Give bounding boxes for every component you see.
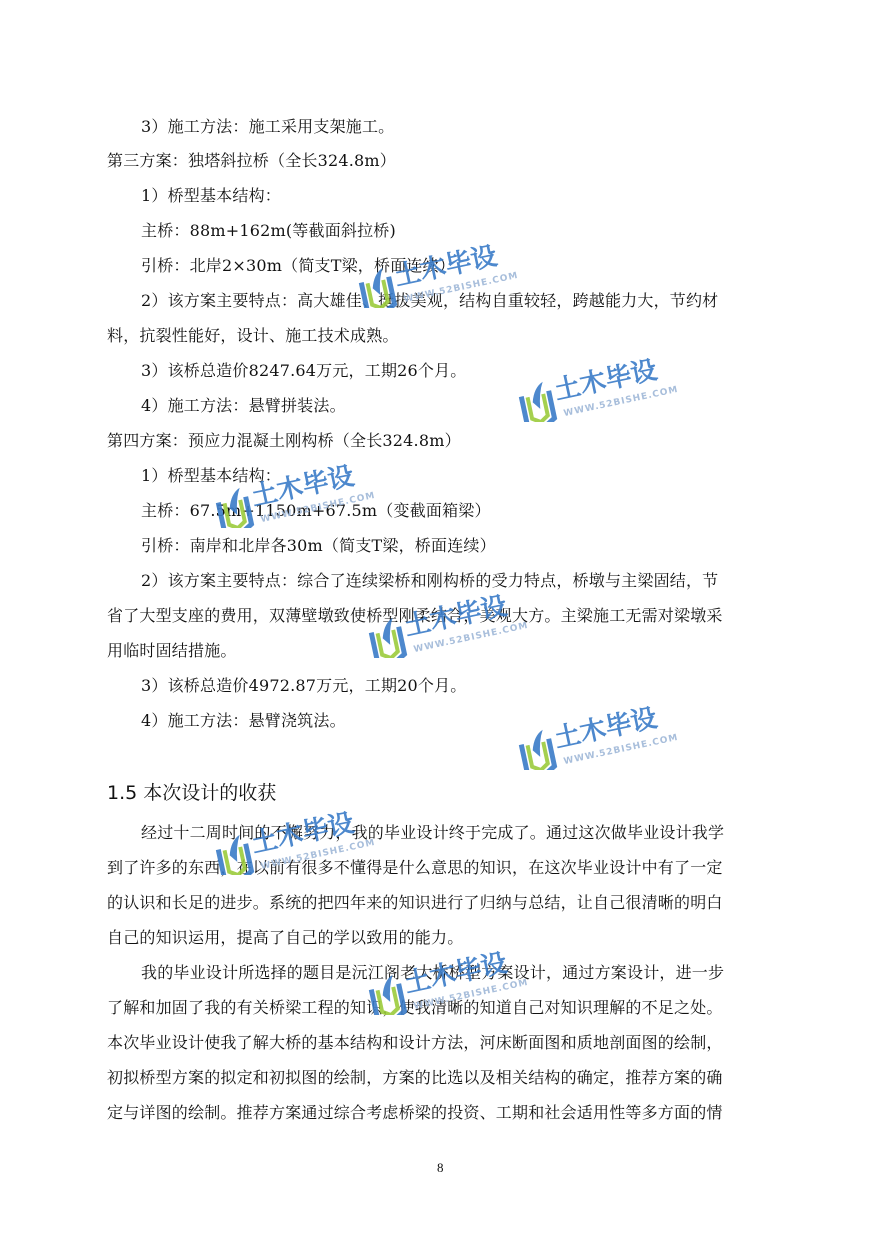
text-line: 4）施工方法：悬臂浇筑法。 <box>141 711 813 731</box>
text-line: 主桥：88m+162m(等截面斜拉桥) <box>141 221 813 241</box>
text-line: 第三方案：独塔斜拉桥（全长324.8m） <box>107 151 779 171</box>
text-line: 的认识和长足的进步。系统的把四年来的知识进行了归纳与总结，让自己很清晰的明白 <box>107 893 779 913</box>
document-page: 3）施工方法：施工采用支架施工。第三方案：独塔斜拉桥（全长324.8m）1）桥型… <box>0 0 886 1253</box>
text-line: 主桥：67.5m+1150m+67.5m（变截面箱梁） <box>141 501 813 521</box>
text-line: 用临时固结措施。 <box>107 641 779 661</box>
text-line: 初拟桥型方案的拟定和初拟图的绘制，方案的比选以及相关结构的确定，推荐方案的确 <box>107 1068 779 1088</box>
text-line: 引桥：北岸2×30m（简支T梁，桥面连续） <box>141 256 813 276</box>
text-line: 料，抗裂性能好，设计、施工技术成熟。 <box>107 326 779 346</box>
text-line: 第四方案：预应力混凝土刚构桥（全长324.8m） <box>107 431 779 451</box>
text-line: 2）该方案主要特点：综合了连续梁桥和刚构桥的受力特点，桥墩与主梁固结，节 <box>141 571 813 591</box>
text-line: 引桥：南岸和北岸各30m（简支T梁，桥面连续） <box>141 536 813 556</box>
text-line: 1）桥型基本结构： <box>141 466 813 486</box>
svg-text:WWW.52BISHE.COM: WWW.52BISHE.COM <box>563 733 680 767</box>
section-heading: 1.5 本次设计的收获 <box>107 781 276 805</box>
text-line: 本次毕业设计使我了解大桥的基本结构和设计方法，河床断面图和质地剖面图的绘制， <box>107 1033 779 1053</box>
page-number: 8 <box>437 1160 444 1176</box>
text-line: 自己的知识运用，提高了自己的学以致用的能力。 <box>107 928 779 948</box>
text-line: 到了许多的东西，在以前有很多不懂得是什么意思的知识，在这次毕业设计中有了一定 <box>107 858 779 878</box>
text-line: 我的毕业设计所选择的题目是沅江阁老大桥桥型方案设计，通过方案设计，进一步 <box>141 963 813 983</box>
text-line: 经过十二周时间的不懈努力，我的毕业设计终于完成了。通过这次做毕业设计我学 <box>141 823 813 843</box>
text-line: 4）施工方法：悬臂拼装法。 <box>141 396 813 416</box>
text-line: 1）桥型基本结构： <box>141 186 813 206</box>
text-line: 2）该方案主要特点：高大雄佳、挺拔美观，结构自重较轻，跨越能力大，节约材 <box>141 291 813 311</box>
text-line: 省了大型支座的费用，双薄壁墩致使桥型刚柔结合，美观大方。主梁施工无需对梁墩采 <box>107 606 779 626</box>
text-line: 3）施工方法：施工采用支架施工。 <box>141 117 813 137</box>
text-line: 定与详图的绘制。推荐方案通过综合考虑桥梁的投资、工期和社会适用性等多方面的情 <box>107 1103 779 1123</box>
text-line: 3）该桥总造价8247.64万元，工期26个月。 <box>141 361 813 381</box>
text-line: 了解和加固了我的有关桥梁工程的知识，使我清晰的知道自己对知识理解的不足之处。 <box>107 998 779 1018</box>
text-line: 3）该桥总造价4972.87万元，工期20个月。 <box>141 676 813 696</box>
